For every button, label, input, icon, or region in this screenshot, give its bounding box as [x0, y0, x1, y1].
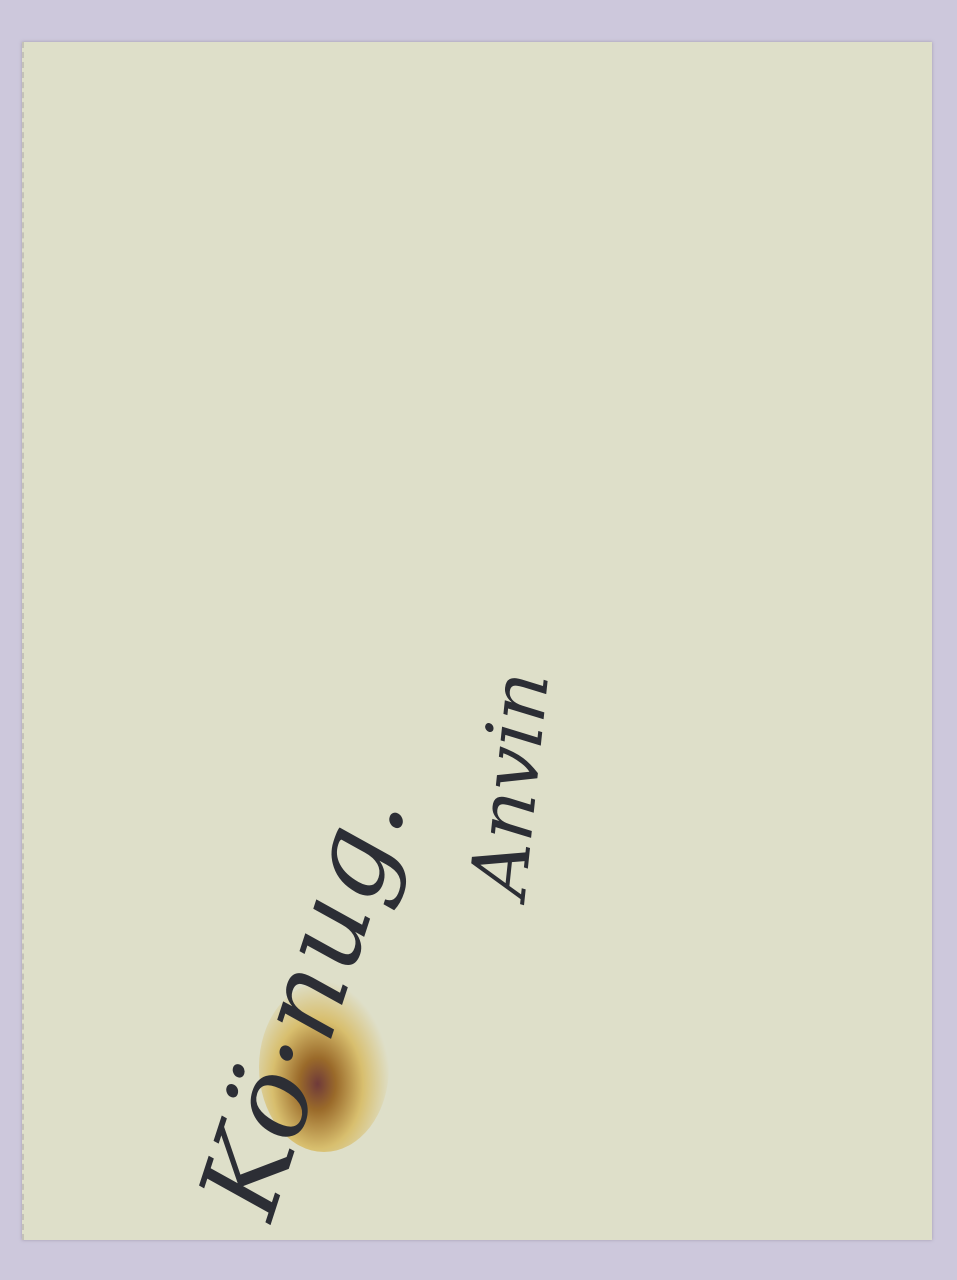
handwritten-line-1: Kö·nug.: [174, 772, 432, 1231]
handwritten-line-2: Anvin: [454, 667, 567, 901]
label-paper: Kö·nug. Anvin: [22, 42, 932, 1240]
